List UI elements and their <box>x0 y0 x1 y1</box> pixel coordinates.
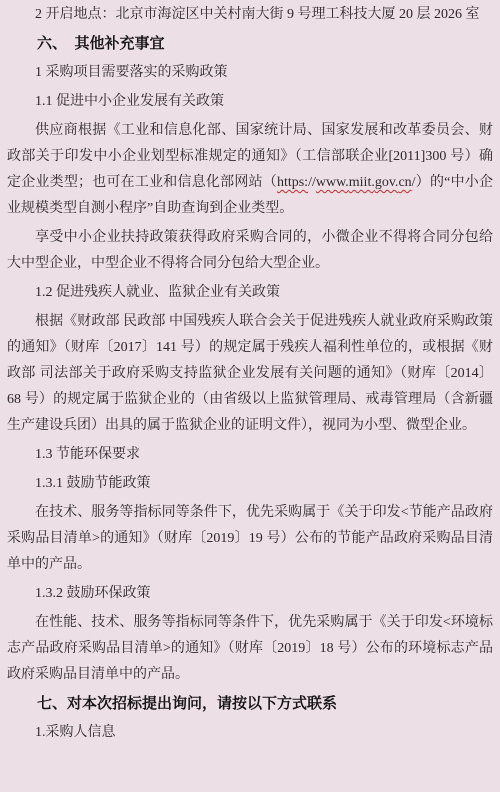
section-seven-heading: 七、对本次招标提出询问，请按以下方式联系 <box>7 691 493 717</box>
url-segment-cn: cn <box>398 175 411 190</box>
paragraph-energy-saving-rule: 在技术、服务等指标同等条件下，优先采购属于《关于印发<节能产品政府采购品目清单>… <box>7 500 493 578</box>
subhead-1-2-disabled-prison-policy: 1.2 促进残疾人就业、监狱企业有关政策 <box>7 280 493 306</box>
section-six-heading: 六、 其他补充事宜 <box>7 31 493 57</box>
subhead-procurement-policy: 1 采购项目需要落实的采购政策 <box>7 60 493 86</box>
paragraph-opening-location: 2 开启地点：北京市海淀区中关村南大街 9 号理工科技大厦 20 层 2026 … <box>7 2 493 28</box>
document-page: 2 开启地点：北京市海淀区中关村南大街 9 号理工科技大厦 20 层 2026 … <box>0 0 500 792</box>
subhead-1-3-energy-env-requirements: 1.3 节能环保要求 <box>7 442 493 468</box>
subhead-purchaser-info: 1.采购人信息 <box>7 720 493 746</box>
paragraph-env-label-rule: 在性能、技术、服务等指标同等条件下，优先采购属于《关于印发<环境标志产品政府采购… <box>7 610 493 688</box>
subhead-1-1-sme-policy: 1.1 促进中小企业发展有关政策 <box>7 89 493 115</box>
paragraph-sme-subcontract-rule: 享受中小企业扶持政策获得政府采购合同的，小微企业不得将合同分包给大中型企业，中型… <box>7 225 493 277</box>
url-segment-slashes: // <box>308 175 316 190</box>
url-segment-gov: gov. <box>375 175 399 190</box>
paragraph-sme-classification: 供应商根据《工业和信息化部、国家统计局、国家发展和改革委员会、财政部关于印发中小… <box>7 118 493 222</box>
url-segment-www: www. <box>316 175 349 190</box>
subhead-1-3-1-energy-saving-policy: 1.3.1 鼓励节能政策 <box>7 471 493 497</box>
subhead-1-3-2-env-label-policy: 1.3.2 鼓励环保政策 <box>7 581 493 607</box>
url-segment-miit: miit. <box>349 175 375 190</box>
url-segment-https: https: <box>277 175 308 190</box>
paragraph-disabled-prison-rule: 根据《财政部 民政部 中国残疾人联合会关于促进残疾人就业政府采购政策的通知》（财… <box>7 309 493 439</box>
